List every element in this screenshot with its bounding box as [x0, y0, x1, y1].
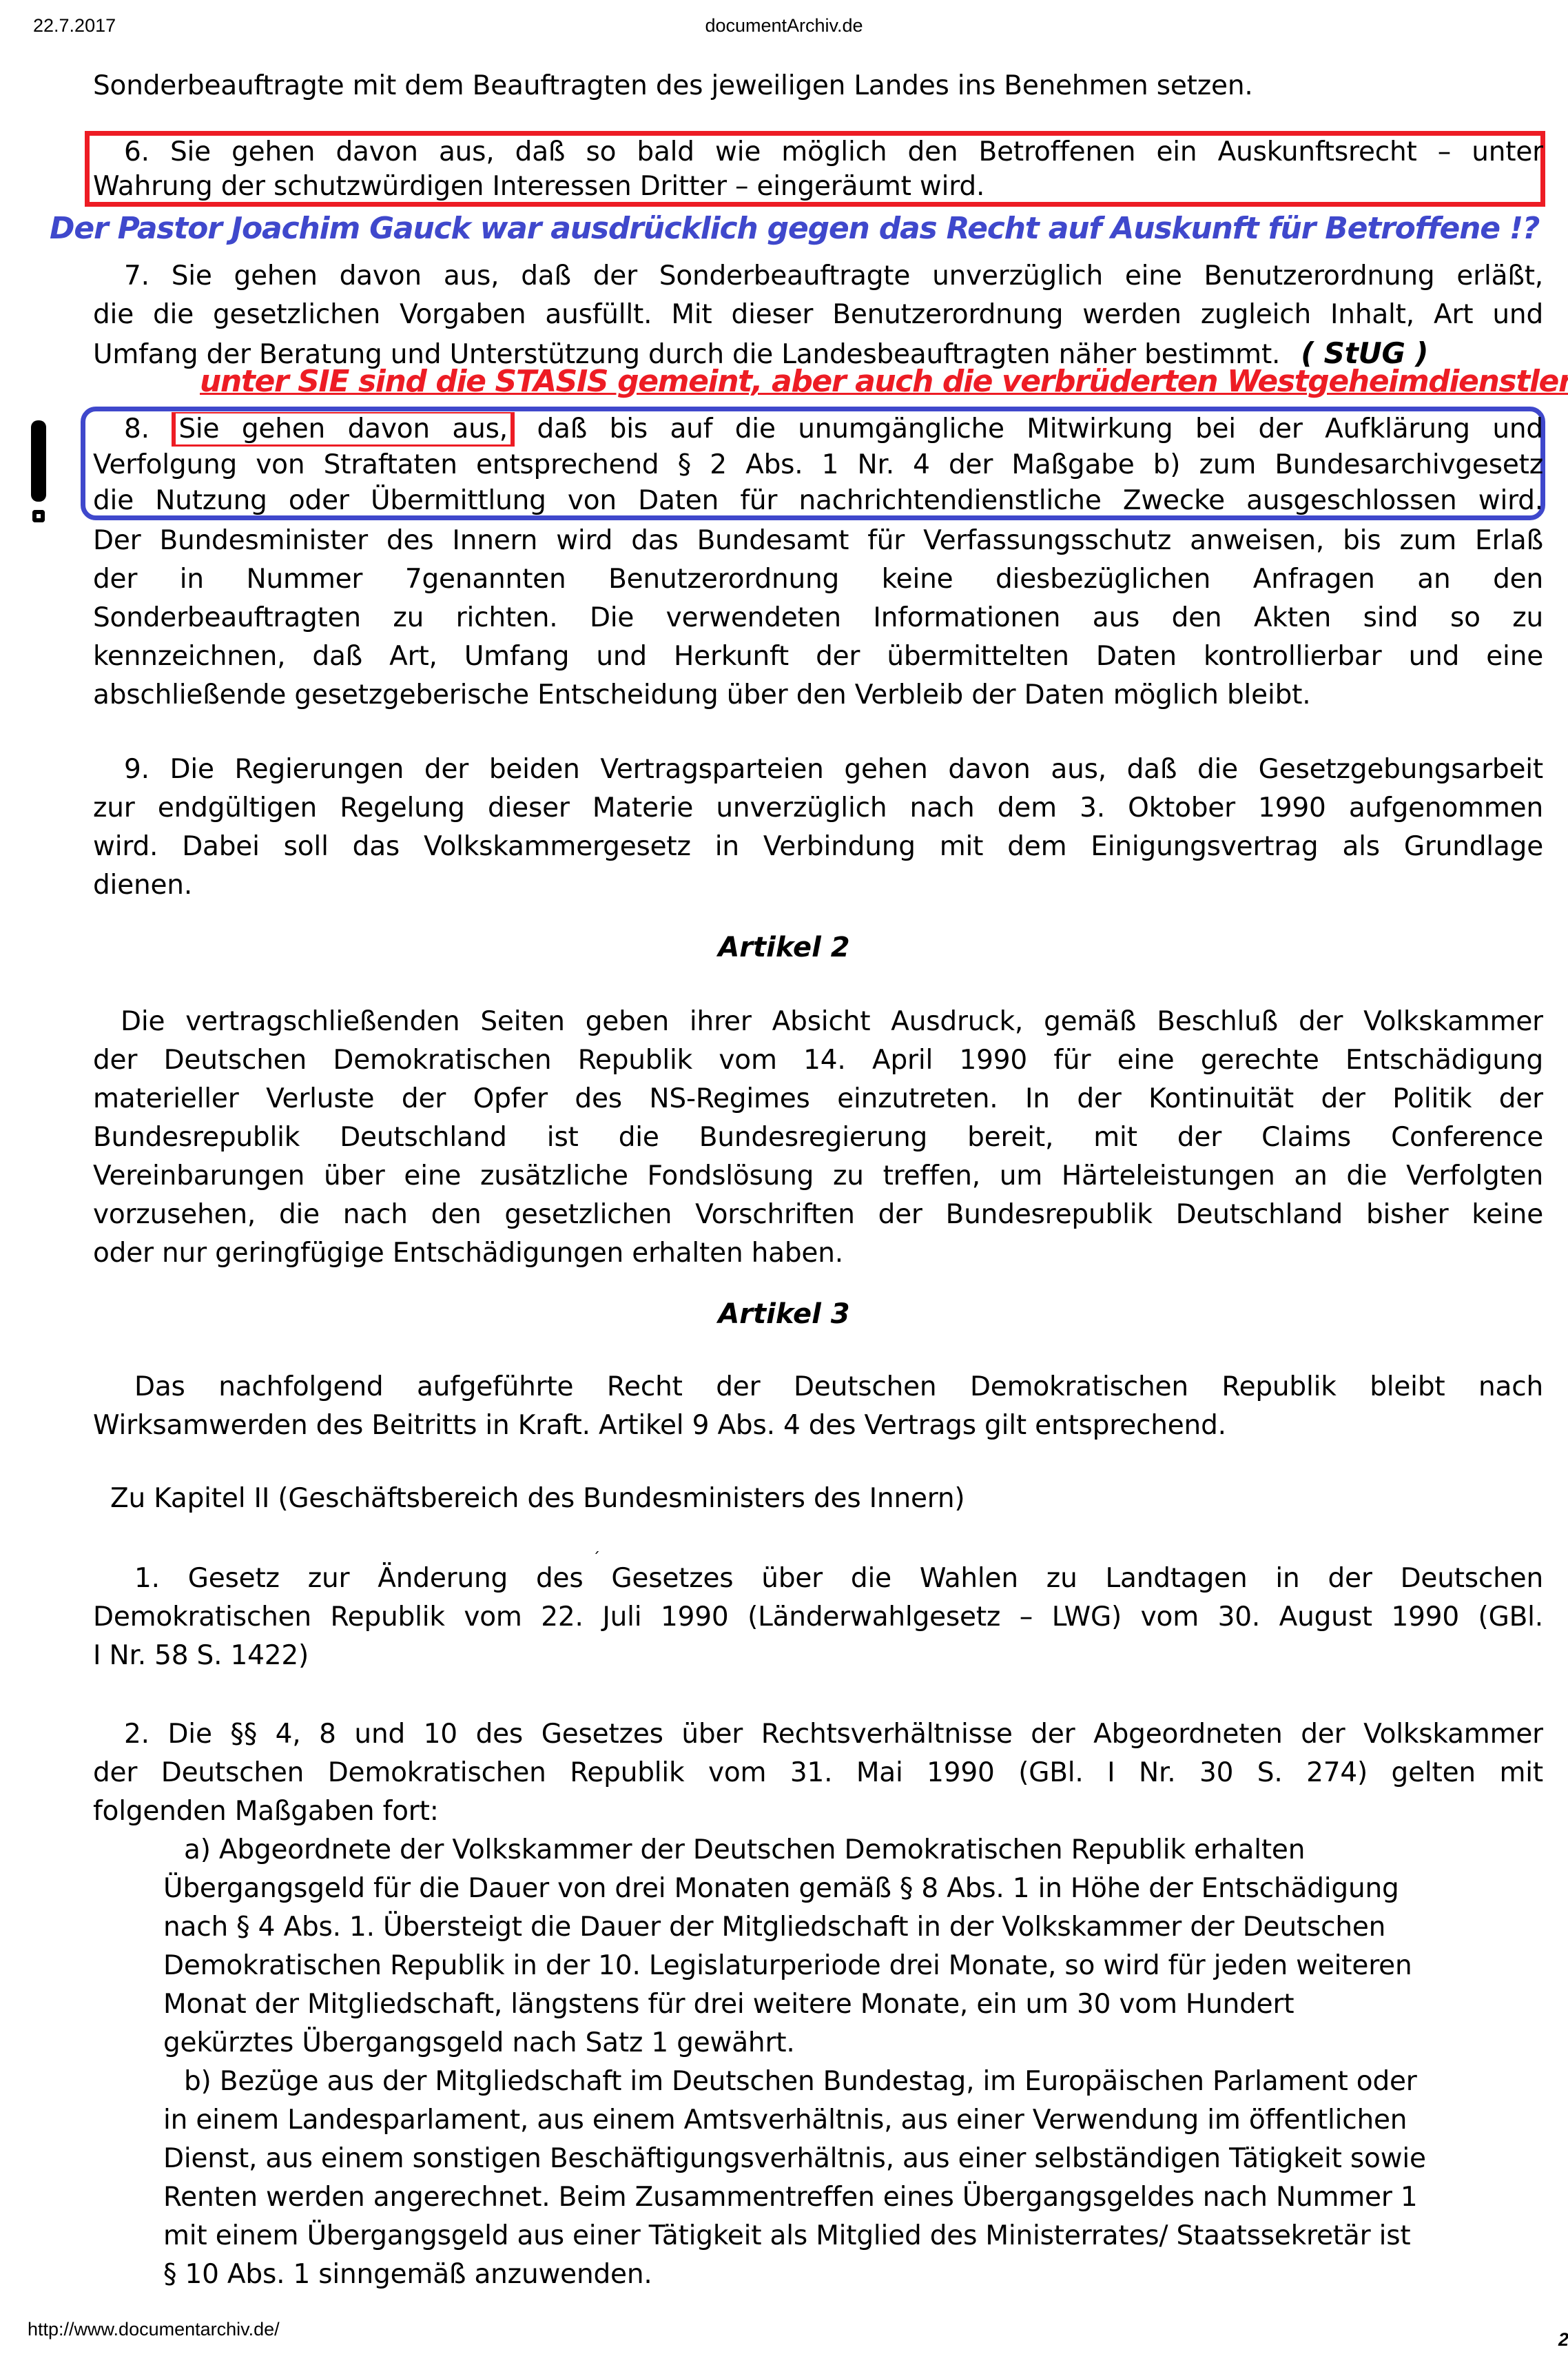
artikel2-line: Bundesrepublik Deutschland ist die Bunde…: [93, 1120, 1543, 1155]
artikel3-line: Wirksamwerden des Beitritts in Kraft. Ar…: [93, 1409, 1543, 1443]
k-item2a-line: a) Abgeordnete der Volkskammer der Deuts…: [163, 1833, 1548, 1867]
k-item2a-line: gekürztes Übergangsgeld nach Satz 1 gewä…: [163, 2026, 1527, 2060]
item8-number: 8.: [124, 413, 149, 444]
k-item2b-line: Renten werden angerechnet. Beim Zusammen…: [163, 2180, 1527, 2215]
k-item1-line: I Nr. 58 S. 1422): [93, 1639, 1543, 1673]
item6-line: 6. Sie gehen davon aus, daß so bald wie …: [93, 135, 1543, 170]
artikel2-line: Vereinbarungen über eine zusätzliche Fon…: [93, 1159, 1543, 1194]
k-item2-line: der Deutschen Demokratischen Republik vo…: [93, 1756, 1543, 1790]
k-item2a-line: Monat der Mitgliedschaft, längstens für …: [163, 1987, 1527, 2022]
bmi-line: Sonderbeauftragten zu richten. Die verwe…: [93, 601, 1543, 635]
artikel3-line: Das nachfolgend aufgeführte Recht der De…: [93, 1370, 1543, 1404]
bmi-line: abschließende gesetzgeberische Entscheid…: [93, 678, 1543, 713]
item9-line: dienen.: [93, 868, 1543, 903]
k-item1-line: Demokratischen Republik vom 22. Juli 199…: [93, 1600, 1543, 1635]
footer-url[interactable]: http://www.documentarchiv.de/: [28, 2319, 280, 2340]
bmi-line: kennzeichnen, daß Art, Umfang und Herkun…: [93, 639, 1543, 674]
item8-highlight: Sie gehen davon aus,: [172, 412, 515, 447]
k-item2b-line: mit einem Übergangsgeld aus einer Tätigk…: [163, 2219, 1527, 2253]
artikel2-line: der Deutschen Demokratischen Republik vo…: [93, 1043, 1543, 1078]
k-item2a-line: Übergangsgeld für die Dauer von drei Mon…: [163, 1872, 1527, 1906]
k-item2-line: 2. Die §§ 4, 8 und 10 des Gesetzes über …: [93, 1717, 1543, 1752]
k-item2b-line: in einem Landesparlament, aus einem Amts…: [163, 2103, 1527, 2138]
item9-line: 9. Die Regierungen der beiden Vertragspa…: [93, 753, 1543, 787]
artikel2-line: materieller Verluste der Opfer des NS-Re…: [93, 1082, 1543, 1116]
k-item2b-line: § 10 Abs. 1 sinngemäß anzuwenden.: [163, 2258, 1527, 2292]
k-item2a-line: Demokratischen Republik in der 10. Legis…: [163, 1949, 1527, 1983]
site-name: documentArchiv.de: [0, 15, 1568, 37]
k-item1-line: 1. Gesetz zur Änderung des Gesetzes über…: [93, 1562, 1543, 1596]
page-number: 2: [1558, 2329, 1568, 2351]
artikel2-heading: Artikel 2: [0, 932, 1568, 963]
item8-rest: daß bis auf die unumgängliche Mitwirkung…: [537, 413, 1543, 444]
item6-line: Wahrung der schutzwürdigen Interessen Dr…: [93, 170, 1543, 204]
annotation-stasis: unter SIE sind die STASIS gemeint, aber …: [200, 364, 1568, 399]
item8-line: die Nutzung oder Übermittlung von Daten …: [93, 484, 1543, 518]
k-item2b-line: b) Bezüge aus der Mitgliedschaft im Deut…: [163, 2065, 1548, 2099]
artikel2-line: vorzusehen, die nach den gesetzlichen Vo…: [93, 1198, 1543, 1232]
artikel2-line: Die vertragschließenden Seiten geben ihr…: [93, 1005, 1543, 1039]
item8-line1: 8. Sie gehen davon aus, daß bis auf die …: [93, 412, 1543, 447]
annotation-gauck: Der Pastor Joachim Gauck war ausdrücklic…: [50, 211, 1539, 246]
artikel3-heading: Artikel 3: [0, 1298, 1568, 1330]
item7-line: 7. Sie gehen davon aus, daß der Sonderbe…: [93, 259, 1543, 294]
item9-line: wird. Dabei soll das Volkskammergesetz i…: [93, 830, 1543, 864]
intro-line: Sonderbeauftragte mit dem Beauftragten d…: [93, 69, 1543, 103]
artikel2-line: oder nur geringfügige Entschädigungen er…: [93, 1236, 1543, 1271]
bmi-line: Der Bundesminister des Innern wird das B…: [93, 524, 1543, 558]
k-item2b-line: Dienst, aus einem sonstigen Beschäftigun…: [163, 2142, 1527, 2176]
kapitel2-heading: Zu Kapitel II (Geschäftsbereich des Bund…: [110, 1482, 1560, 1516]
k-item2-line: folgenden Maßgaben fort:: [93, 1794, 1543, 1829]
k-item2a-line: nach § 4 Abs. 1. Übersteigt die Dauer de…: [163, 1910, 1527, 1945]
item8-line: Verfolgung von Straftaten entsprechend §…: [93, 448, 1543, 482]
item9-line: zur endgültigen Regelung dieser Materie …: [93, 791, 1543, 826]
bmi-line: der in Nummer 7genannten Benutzerordnung…: [93, 562, 1543, 597]
item7-line: die die gesetzlichen Vorgaben ausfüllt. …: [93, 298, 1543, 332]
